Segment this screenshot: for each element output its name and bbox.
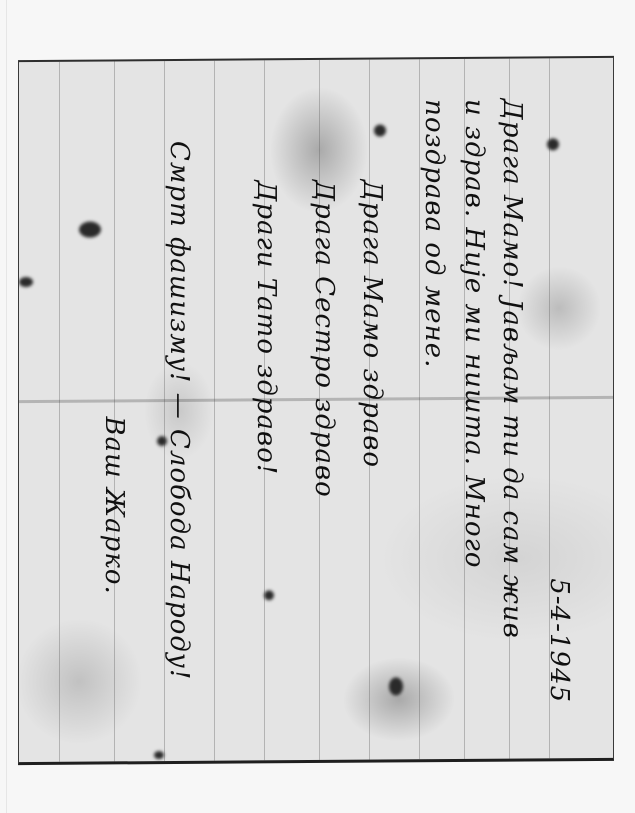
letter-signature: Ваш Жарко.	[99, 416, 129, 595]
stain	[374, 125, 386, 137]
stain	[154, 751, 164, 759]
stain	[19, 277, 33, 287]
letter-line-5: Драга Сестро здраво	[309, 180, 339, 498]
stain	[389, 677, 403, 695]
stain	[547, 138, 559, 150]
ruled-line	[114, 61, 115, 761]
ruled-line	[59, 62, 60, 762]
letter-line-4: Драга Мамо здраво	[357, 180, 387, 469]
letter-date: 5-4-1945	[544, 578, 574, 703]
stain	[264, 590, 274, 600]
scan-border	[6, 0, 7, 813]
letter-line-7: Смрт фашизму! — Слобода Народу!	[164, 141, 194, 681]
letter-paper: 5-4-1945 Драга Мамо! Јављам ти да сам жи…	[18, 56, 614, 765]
letter-line-1: Драга Мамо! Јављам ти да сам жив	[497, 99, 527, 639]
letter-line-3: поздрава од мене.	[419, 99, 449, 368]
ruled-line	[214, 61, 215, 761]
letter-line-6: Драги Тато здраво!	[251, 180, 281, 475]
stain	[79, 222, 101, 238]
letter-line-2: и здрав. Није ми ништа. Много	[459, 99, 489, 569]
